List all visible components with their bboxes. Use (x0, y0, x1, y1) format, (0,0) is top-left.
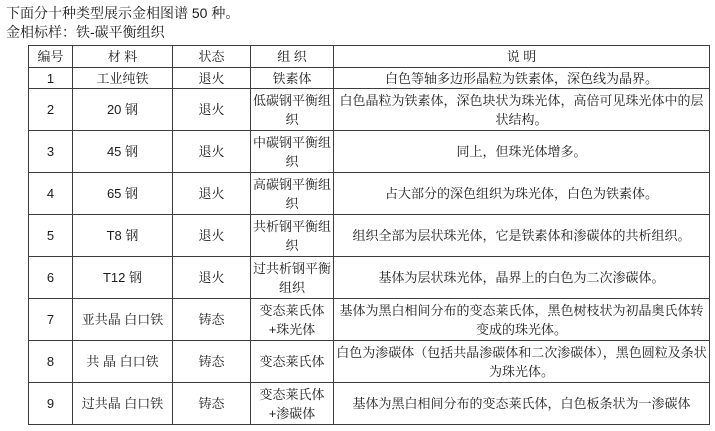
cell-material: T8 钢 (73, 215, 173, 257)
cell-no: 6 (29, 257, 73, 299)
cell-description: 基体为黑白相间分布的变态莱氏体，白色板条状为一渗碳体 (334, 383, 710, 425)
metallographic-table: 编号 材 料 状态 组 织 说 明 1工业纯铁退火铁素体白色等轴多边形晶粒为铁素… (28, 45, 710, 425)
column-header-description: 说 明 (334, 46, 710, 68)
table-row: 7亚共晶 白口铁铸态变态莱氏体+珠光体基体为黑白相间分布的变态莱氏体，黑色树枝状… (29, 299, 710, 341)
cell-structure: 低碳钢平衡组织 (251, 89, 334, 131)
cell-no: 3 (29, 131, 73, 173)
column-header-number: 编号 (29, 46, 73, 68)
cell-description: 基体为层状珠光体，晶界上的白色为二次渗碳体。 (334, 257, 710, 299)
table-row: 9过共晶 白口铁铸态变态莱氏体+渗碳体基体为黑白相间分布的变态莱氏体，白色板条状… (29, 383, 710, 425)
table-row: 5T8 钢退火共析钢平衡组织组织全部为层状珠光体，它是铁素体和渗碳体的共析组织。 (29, 215, 710, 257)
cell-structure: 变态莱氏体 (251, 341, 334, 383)
cell-material: 20 钢 (73, 89, 173, 131)
cell-description: 占大部分的深色组织为珠光体，白色为铁素体。 (334, 173, 710, 215)
cell-material: T12 钢 (73, 257, 173, 299)
column-header-material: 材 料 (73, 46, 173, 68)
cell-no: 9 (29, 383, 73, 425)
table-row: 1工业纯铁退火铁素体白色等轴多边形晶粒为铁素体，深色线为晶界。 (29, 68, 710, 89)
table-row: 6T12 钢退火过共析钢平衡组织基体为层状珠光体，晶界上的白色为二次渗碳体。 (29, 257, 710, 299)
cell-state: 退火 (173, 68, 251, 89)
cell-description: 同上，但珠光体增多。 (334, 131, 710, 173)
cell-state: 铸态 (173, 299, 251, 341)
cell-description: 白色等轴多边形晶粒为铁素体，深色线为晶界。 (334, 68, 710, 89)
cell-structure: 变态莱氏体+珠光体 (251, 299, 334, 341)
table-row: 220 钢退火低碳钢平衡组织白色晶粒为铁素体，深色块状为珠光体，高倍可见珠光体中… (29, 89, 710, 131)
intro-line-1: 下面分十种类型展示金相图谱 50 种。 (6, 4, 239, 23)
cell-material: 过共晶 白口铁 (73, 383, 173, 425)
cell-no: 4 (29, 173, 73, 215)
cell-structure: 中碳钢平衡组织 (251, 131, 334, 173)
cell-no: 2 (29, 89, 73, 131)
cell-state: 铸态 (173, 383, 251, 425)
cell-state: 退火 (173, 215, 251, 257)
cell-no: 5 (29, 215, 73, 257)
cell-material: 65 钢 (73, 173, 173, 215)
table-row: 8共 晶 白口铁铸态变态莱氏体白色为渗碳体（包括共晶渗碳体和二次渗碳体），黑色圆… (29, 341, 710, 383)
cell-no: 1 (29, 68, 73, 89)
cell-material: 共 晶 白口铁 (73, 341, 173, 383)
cell-structure: 共析钢平衡组织 (251, 215, 334, 257)
cell-material: 工业纯铁 (73, 68, 173, 89)
cell-description: 基体为黑白相间分布的变态莱氏体，黑色树枝状为初晶奥氏体转变成的珠光体。 (334, 299, 710, 341)
cell-state: 铸态 (173, 341, 251, 383)
cell-structure: 过共析钢平衡组织 (251, 257, 334, 299)
column-header-state: 状态 (173, 46, 251, 68)
cell-description: 白色为渗碳体（包括共晶渗碳体和二次渗碳体），黑色圆粒及条状为珠光体。 (334, 341, 710, 383)
cell-structure: 高碳钢平衡组织 (251, 173, 334, 215)
cell-state: 退火 (173, 89, 251, 131)
cell-structure: 变态莱氏体+渗碳体 (251, 383, 334, 425)
cell-description: 组织全部为层状珠光体，它是铁素体和渗碳体的共析组织。 (334, 215, 710, 257)
cell-no: 8 (29, 341, 73, 383)
cell-material: 45 钢 (73, 131, 173, 173)
table-row: 465 钢退火高碳钢平衡组织占大部分的深色组织为珠光体，白色为铁素体。 (29, 173, 710, 215)
cell-material: 亚共晶 白口铁 (73, 299, 173, 341)
intro-line-2: 金相标样：铁-碳平衡组织 (6, 23, 165, 42)
table-row: 345 钢退火中碳钢平衡组织同上，但珠光体增多。 (29, 131, 710, 173)
cell-state: 退火 (173, 257, 251, 299)
cell-description: 白色晶粒为铁素体，深色块状为珠光体，高倍可见珠光体中的层状结构。 (334, 89, 710, 131)
table-body: 1工业纯铁退火铁素体白色等轴多边形晶粒为铁素体，深色线为晶界。220 钢退火低碳… (29, 68, 710, 425)
cell-structure: 铁素体 (251, 68, 334, 89)
column-header-structure: 组 织 (251, 46, 334, 68)
cell-no: 7 (29, 299, 73, 341)
cell-state: 退火 (173, 131, 251, 173)
document-page: 下面分十种类型展示金相图谱 50 种。 金相标样：铁-碳平衡组织 编号 材 料 … (0, 0, 715, 431)
cell-state: 退火 (173, 173, 251, 215)
table-header-row: 编号 材 料 状态 组 织 说 明 (29, 46, 710, 68)
